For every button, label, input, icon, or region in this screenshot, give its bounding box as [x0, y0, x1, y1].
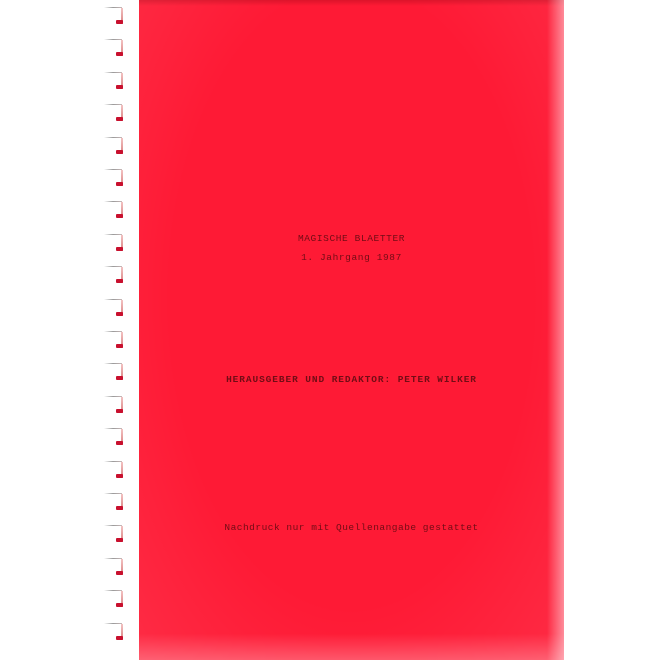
spiral-ring-wire [104, 493, 122, 494]
spiral-ring-wire [104, 137, 122, 138]
spiral-ring-wire [104, 331, 122, 332]
spiral-ring-hole [116, 85, 123, 89]
spiral-ring-wire [104, 7, 122, 8]
spiral-ring-wire [104, 104, 122, 105]
spiral-ring-hole [116, 214, 123, 218]
spiral-ring-hole [116, 506, 123, 510]
spiral-ring [96, 389, 140, 421]
spiral-ring [96, 616, 140, 648]
spiral-ring-wire [104, 39, 122, 40]
spiral-ring [96, 97, 140, 129]
spiral-ring [96, 551, 140, 583]
cover-editor: HERAUSGEBER UND REDAKTOR: PETER WILKER [139, 374, 564, 385]
spiral-ring-wire [104, 428, 122, 429]
spiral-ring-hole [116, 117, 123, 121]
spiral-ring-wire [104, 623, 122, 624]
spiral-ring-hole [116, 441, 123, 445]
spiral-ring-hole [116, 247, 123, 251]
spiral-ring [96, 292, 140, 324]
cover-copyright: Nachdruck nur mit Quellenangabe gestatte… [139, 522, 564, 533]
spiral-ring-hole [116, 376, 123, 380]
spiral-ring-hole [116, 20, 123, 24]
spiral-ring [96, 486, 140, 518]
spiral-ring [96, 0, 140, 32]
cover-volume: 1. Jahrgang 1987 [139, 252, 564, 263]
spiral-ring-wire [104, 461, 122, 462]
spiral-ring-hole [116, 279, 123, 283]
spiral-ring-hole [116, 182, 123, 186]
booklet: MAGISCHE BLAETTER 1. Jahrgang 1987 HERAU… [0, 0, 660, 660]
spiral-ring [96, 194, 140, 226]
spiral-ring-hole [116, 150, 123, 154]
spiral-ring-hole [116, 344, 123, 348]
spiral-ring [96, 130, 140, 162]
spiral-ring-hole [116, 474, 123, 478]
spiral-ring [96, 324, 140, 356]
spiral-ring-hole [116, 409, 123, 413]
spiral-binding [96, 0, 140, 660]
spiral-ring-wire [104, 72, 122, 73]
spiral-ring-wire [104, 525, 122, 526]
spiral-ring [96, 259, 140, 291]
spiral-ring-wire [104, 169, 122, 170]
cover-title: MAGISCHE BLAETTER [139, 233, 564, 244]
spiral-ring-wire [104, 266, 122, 267]
spiral-ring-hole [116, 52, 123, 56]
spiral-ring-wire [104, 299, 122, 300]
booklet-cover [139, 0, 564, 660]
spiral-ring [96, 65, 140, 97]
spiral-ring [96, 227, 140, 259]
spiral-ring [96, 32, 140, 64]
spiral-ring [96, 518, 140, 550]
spiral-ring-wire [104, 234, 122, 235]
spiral-ring [96, 162, 140, 194]
spiral-ring-wire [104, 558, 122, 559]
spiral-ring-wire [104, 201, 122, 202]
spiral-ring-hole [116, 538, 123, 542]
spiral-ring [96, 356, 140, 388]
spiral-ring [96, 421, 140, 453]
spiral-ring-wire [104, 363, 122, 364]
spiral-ring-hole [116, 312, 123, 316]
spiral-ring-hole [116, 636, 123, 640]
spiral-ring-wire [104, 590, 122, 591]
spiral-ring-hole [116, 603, 123, 607]
spiral-ring [96, 454, 140, 486]
spiral-ring-hole [116, 571, 123, 575]
spiral-ring [96, 583, 140, 615]
spiral-ring-wire [104, 396, 122, 397]
